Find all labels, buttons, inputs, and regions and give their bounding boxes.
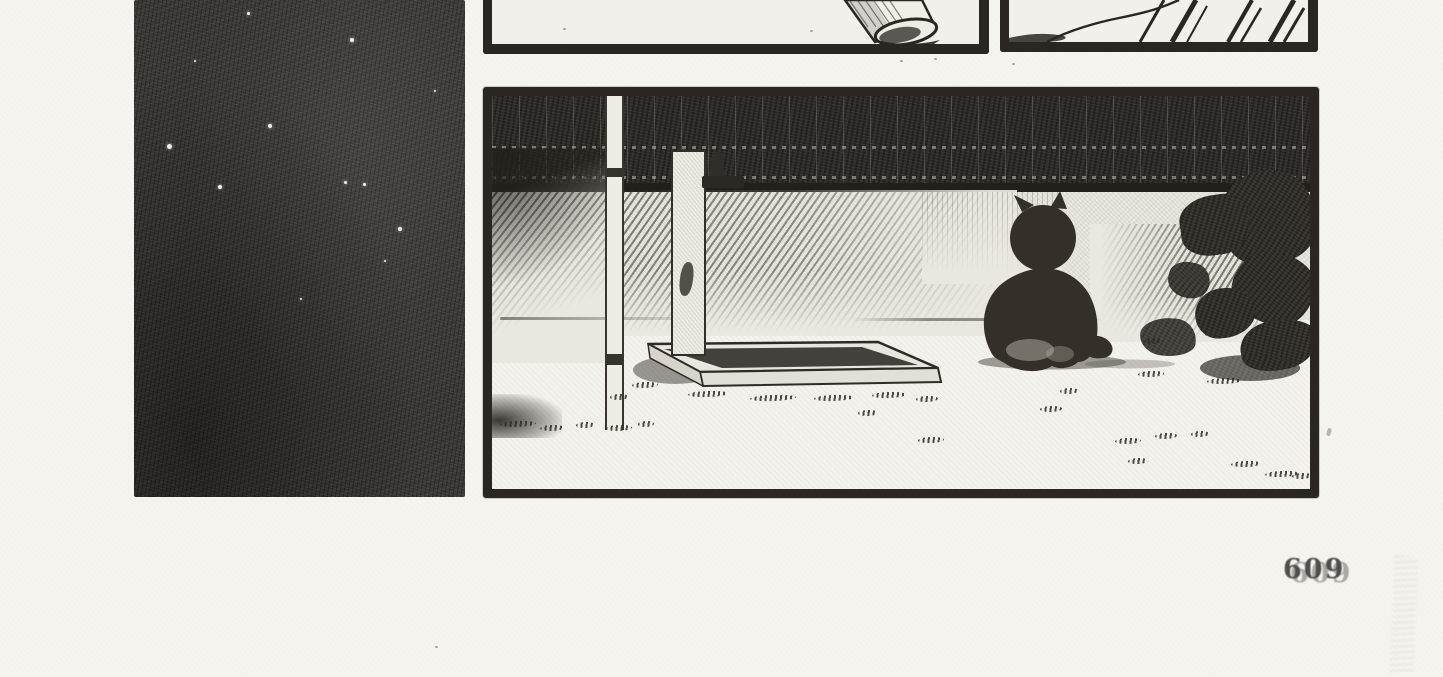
ink-speck — [1012, 63, 1015, 65]
star — [194, 60, 196, 62]
water-pipe-pole — [605, 96, 624, 430]
bush — [1140, 170, 1312, 452]
ink-speck — [1326, 428, 1332, 437]
panel-yard — [483, 87, 1319, 498]
star — [247, 12, 250, 15]
post-stain — [678, 261, 696, 296]
ink-speck — [435, 646, 438, 648]
tap-pillar — [710, 156, 724, 178]
star — [344, 181, 347, 184]
star — [350, 38, 354, 42]
pipe-joint — [607, 354, 622, 365]
star — [218, 185, 222, 189]
water-tap — [702, 152, 744, 190]
ink-speck — [810, 30, 813, 32]
bush-shadow — [1200, 355, 1300, 381]
star — [167, 144, 172, 149]
corner-grass-shading — [488, 394, 562, 438]
panel-top-right — [1000, 0, 1318, 52]
corner-shading-hatch — [492, 148, 620, 363]
rolled-cylinder-drawing — [822, 0, 962, 44]
ink-speck — [563, 28, 566, 30]
panel-top-middle — [483, 0, 989, 54]
star — [300, 298, 302, 300]
star — [384, 260, 386, 262]
page-number-text: 609 — [1283, 554, 1345, 585]
bush-clump — [1139, 316, 1198, 358]
ink-speck — [900, 60, 903, 62]
standpipe-post — [671, 150, 706, 356]
page-number: 609 609 — [1283, 554, 1363, 594]
ink-speck — [934, 58, 937, 60]
manga-page: 609 609 — [0, 0, 1443, 677]
star — [398, 227, 402, 231]
tap-base — [702, 176, 744, 188]
star — [363, 183, 366, 186]
star — [268, 124, 272, 128]
pipe-joint — [607, 168, 622, 177]
paper-smudge — [1390, 556, 1418, 675]
motion-lines-drawing — [1009, 0, 1308, 42]
panel-night-sky — [134, 0, 465, 497]
star — [434, 90, 436, 92]
